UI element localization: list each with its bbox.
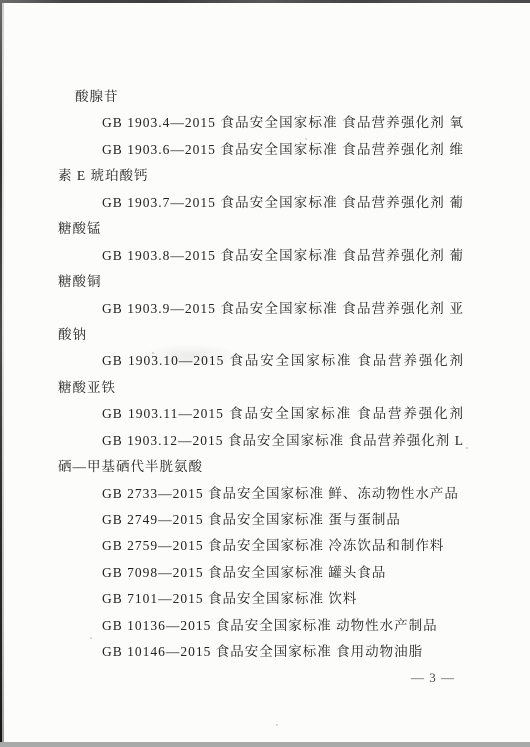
- document-line: GB 2733—2015 食品安全国家标准 鲜、冻动物性水产品: [58, 481, 464, 507]
- document-line: GB 10136—2015 食品安全国家标准 动物性水产制品: [58, 613, 464, 639]
- document-line: GB 1903.7—2015 食品安全国家标准 食品营养强化剂 葡萄: [58, 190, 464, 216]
- document-line: GB 10146—2015 食品安全国家标准 食用动物油脂: [58, 639, 464, 665]
- document-line: GB 1903.4—2015 食品安全国家标准 食品营养强化剂 氧化锌: [58, 110, 464, 136]
- document-line: GB 1903.12—2015 食品安全国家标准 食品营养强化剂 L—: [58, 428, 464, 454]
- document-line: 素 E 琥珀酸钙: [58, 163, 464, 189]
- standards-text-block: 酸腺苷GB 1903.4—2015 食品安全国家标准 食品营养强化剂 氧化锌GB…: [58, 84, 464, 666]
- document-line: 酸腺苷: [58, 84, 464, 110]
- scan-edge-top: [0, 0, 530, 3]
- document-line: 硒—甲基硒代半胱氨酸: [58, 454, 464, 480]
- document-line: GB 1903.6—2015 食品安全国家标准 食品营养强化剂 维生: [58, 137, 464, 163]
- document-line: 糖酸亚铁: [58, 375, 464, 401]
- document-line: GB 2749—2015 食品安全国家标准 蛋与蛋制品: [58, 507, 464, 533]
- document-line: GB 2759—2015 食品安全国家标准 冷冻饮品和制作料: [58, 533, 464, 559]
- document-line: GB 1903.10—2015 食品安全国家标准 食品营养强化剂 葡萄: [58, 348, 464, 374]
- page-number: — 3 —: [402, 669, 464, 687]
- document-line: GB 1903.9—2015 食品安全国家标准 食品营养强化剂 亚硒: [58, 296, 464, 322]
- document-line: GB 1903.8—2015 食品安全国家标准 食品营养强化剂 葡萄: [58, 243, 464, 269]
- scanned-document-page: 酸腺苷GB 1903.4—2015 食品安全国家标准 食品营养强化剂 氧化锌GB…: [0, 0, 530, 747]
- document-line: GB 7098—2015 食品安全国家标准 罐头食品: [58, 560, 464, 586]
- document-line: GB 7101—2015 食品安全国家标准 饮料: [58, 586, 464, 612]
- scan-speck: [276, 724, 278, 726]
- scan-edge-left-shadow: [2, 2, 4, 747]
- scan-edge-bottom: [0, 742, 530, 747]
- document-line: 酸钠: [58, 322, 464, 348]
- scan-speck: [466, 447, 468, 449]
- document-line: GB 1903.11—2015 食品安全国家标准 食品营养强化剂 乳酸锌: [58, 401, 464, 427]
- document-line: 糖酸锰: [58, 216, 464, 242]
- document-line: 糖酸铜: [58, 269, 464, 295]
